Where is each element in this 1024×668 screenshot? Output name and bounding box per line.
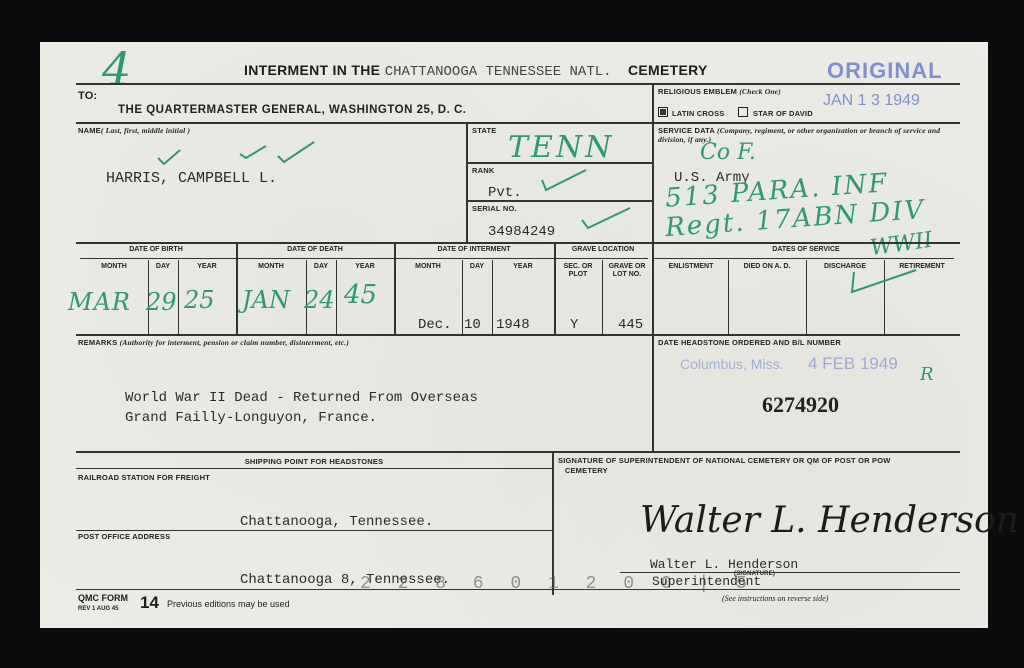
check-marks-icon (150, 140, 340, 168)
latin-cross-label: LATIN CROSS (672, 109, 724, 118)
headstone-date-stamp: 4 FEB 1949 (808, 354, 898, 374)
footer-note: Previous editions may be used (167, 599, 290, 609)
service-data-company: Co F. (700, 140, 756, 165)
interment-year-value: 1948 (496, 317, 530, 333)
dates-of-service-header: DATES OF SERVICE (652, 246, 960, 253)
name-value: HARRIS, CAMPBELL L. (106, 170, 277, 187)
handwritten-number: 4 (102, 42, 131, 96)
title-printed: INTERMENT IN THE (244, 62, 380, 78)
instructions-note: (See instructions on reverse side) (722, 594, 828, 603)
grave-section-value: Y (570, 317, 578, 333)
signature-label: SIGNATURE OF SUPERINTENDENT OF NATIONAL … (558, 456, 891, 476)
title-suffix: CEMETERY (628, 62, 708, 78)
date-of-birth-header: DATE OF BIRTH (76, 246, 236, 253)
remarks-line-2: Grand Failly-Longuyon, France. (125, 410, 377, 426)
birth-day-value: 29 (146, 288, 177, 316)
serial-value: 34984249 (488, 224, 555, 240)
remarks-line-1: World War II Dead - Returned From Overse… (125, 390, 478, 406)
rank-value: Pvt. (488, 185, 522, 201)
death-year-value: 45 (344, 280, 377, 310)
interment-day-value: 10 (464, 317, 481, 333)
interment-month-header: MONTH (394, 263, 462, 270)
interment-card: 4 INTERMENT IN THE CHATTANOOGA TENNESSEE… (40, 42, 988, 628)
received-date-stamp: JAN 1 3 1949 (823, 92, 920, 110)
birth-month-value: MAR (68, 288, 131, 316)
interment-month-value: Dec. (418, 317, 452, 333)
birth-month-header: MONTH (80, 263, 148, 270)
signer-title: Superintendent (652, 574, 761, 589)
to-address: THE QUARTERMASTER GENERAL, WASHINGTON 25… (118, 104, 467, 116)
headstone-initial: R (920, 364, 934, 385)
death-day-value: 24 (304, 286, 335, 314)
latin-cross-checkbox[interactable] (658, 107, 668, 117)
died-on-ad-header: DIED ON A. D. (728, 263, 806, 270)
form-title: INTERMENT IN THE CHATTANOOGA TENNESSEE N… (244, 62, 708, 80)
date-of-interment-header: DATE OF INTERMENT (394, 246, 554, 253)
birth-day-header: DAY (148, 263, 178, 270)
enlistment-header: ENLISTMENT (654, 263, 728, 270)
remarks-label: REMARKS (Authority for interment, pensio… (78, 338, 349, 347)
death-year-header: YEAR (336, 263, 394, 270)
death-day-header: DAY (306, 263, 336, 270)
shipping-label: SHIPPING POINT FOR HEADSTONES (76, 457, 552, 466)
railroad-value: Chattanooga, Tennessee. (240, 514, 433, 530)
original-stamp: ORIGINAL (827, 58, 943, 84)
religious-emblem-label: RELIGIOUS EMBLEM (Check One) (658, 87, 781, 96)
service-check-icon (846, 256, 926, 296)
post-office-label: POST OFFICE ADDRESS (78, 532, 170, 541)
interment-year-header: YEAR (492, 263, 554, 270)
rank-check-icon (536, 164, 596, 194)
birth-year-header: YEAR (178, 263, 236, 270)
birth-year-value: 25 (184, 286, 215, 314)
date-of-death-header: DATE OF DEATH (236, 246, 394, 253)
grave-location-header: GRAVE LOCATION (554, 246, 652, 253)
to-label: TO: (78, 90, 97, 102)
signer-typed-name: Walter L. Henderson (650, 557, 798, 572)
title-cemetery-name: CHATTANOOGA TENNESSEE NATL. (385, 64, 612, 80)
state-value: TENN (508, 130, 614, 165)
name-label: NAME( Last, first, middle initial ) (78, 126, 190, 135)
grave-lot-value: 445 (618, 317, 643, 333)
bl-number: 6274920 (762, 392, 839, 418)
serial-check-icon (576, 204, 636, 234)
headstone-location-stamp: Columbus, Miss. (680, 356, 783, 372)
serial-label: SERIAL NO. (472, 204, 517, 213)
rank-label: RANK (472, 166, 494, 175)
star-of-david-checkbox[interactable] (738, 107, 748, 117)
interment-day-header: DAY (462, 263, 492, 270)
death-month-value: JAN (242, 286, 290, 314)
death-month-header: MONTH (236, 263, 306, 270)
handwritten-signature: Walter L. Henderson (640, 500, 1019, 541)
headstone-label: DATE HEADSTONE ORDERED AND B/L NUMBER (658, 338, 841, 347)
star-of-david-label: STAR OF DAVID (753, 109, 813, 118)
state-label: STATE (472, 126, 496, 135)
section-header: SEC. OR PLOT (554, 263, 602, 279)
form-id: QMC FORMREV 1 AUG 45 (78, 594, 128, 614)
form-number: 14 (140, 593, 159, 613)
lot-header: GRAVE OR LOT NO. (602, 263, 652, 279)
railroad-label: RAILROAD STATION FOR FREIGHT (78, 473, 210, 482)
